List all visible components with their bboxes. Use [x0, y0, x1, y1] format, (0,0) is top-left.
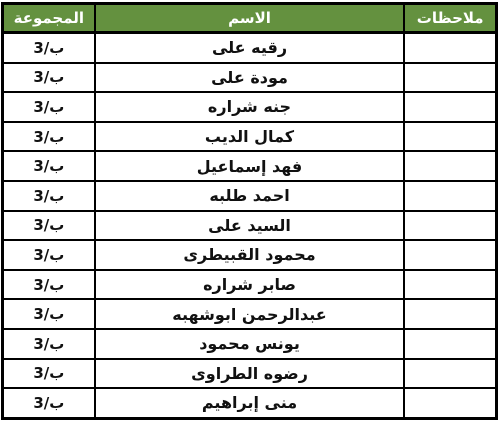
table-row: محمود القبيطرى ب/3 [3, 240, 497, 270]
notes-cell [404, 388, 496, 418]
notes-cell [404, 329, 496, 359]
name-cell: فهد إسماعيل [95, 151, 405, 181]
name-cell: محمود القبيطرى [95, 240, 405, 270]
students-table: ملاحظات الاسم المجموعة رقيه على ب/3 مودة… [1, 2, 498, 420]
table-row: منى إبراهيم ب/3 [3, 388, 497, 418]
column-header-name: الاسم [95, 4, 405, 33]
name-cell: صابر شراره [95, 270, 405, 300]
table-row: السيد على ب/3 [3, 211, 497, 241]
group-cell: ب/3 [3, 211, 95, 241]
table-row: صابر شراره ب/3 [3, 270, 497, 300]
table-row: يونس محمود ب/3 [3, 329, 497, 359]
name-cell: كمال الديب [95, 122, 405, 152]
group-cell: ب/3 [3, 240, 95, 270]
notes-cell [404, 33, 496, 63]
name-cell: احمد طلبه [95, 181, 405, 211]
table-header-row: ملاحظات الاسم المجموعة [3, 4, 497, 33]
column-header-group: المجموعة [3, 4, 95, 33]
notes-cell [404, 270, 496, 300]
notes-cell [404, 299, 496, 329]
name-cell: السيد على [95, 211, 405, 241]
name-cell: منى إبراهيم [95, 388, 405, 418]
table-row: مودة على ب/3 [3, 63, 497, 93]
table-row: عبدالرحمن ابوشهبه ب/3 [3, 299, 497, 329]
name-cell: عبدالرحمن ابوشهبه [95, 299, 405, 329]
table-row: رضوه الطراوى ب/3 [3, 359, 497, 389]
column-header-notes: ملاحظات [404, 4, 496, 33]
table-row: فهد إسماعيل ب/3 [3, 151, 497, 181]
notes-cell [404, 240, 496, 270]
notes-cell [404, 92, 496, 122]
group-cell: ب/3 [3, 151, 95, 181]
notes-cell [404, 359, 496, 389]
table-row: احمد طلبه ب/3 [3, 181, 497, 211]
group-cell: ب/3 [3, 181, 95, 211]
group-cell: ب/3 [3, 92, 95, 122]
name-cell: يونس محمود [95, 329, 405, 359]
notes-cell [404, 122, 496, 152]
group-cell: ب/3 [3, 270, 95, 300]
table-row: كمال الديب ب/3 [3, 122, 497, 152]
table-body: رقيه على ب/3 مودة على ب/3 جنه شراره ب/3 … [3, 33, 497, 419]
group-cell: ب/3 [3, 63, 95, 93]
name-cell: رقيه على [95, 33, 405, 63]
group-cell: ب/3 [3, 122, 95, 152]
notes-cell [404, 211, 496, 241]
group-cell: ب/3 [3, 359, 95, 389]
notes-cell [404, 63, 496, 93]
name-cell: رضوه الطراوى [95, 359, 405, 389]
group-cell: ب/3 [3, 33, 95, 63]
group-cell: ب/3 [3, 388, 95, 418]
notes-cell [404, 181, 496, 211]
group-cell: ب/3 [3, 299, 95, 329]
table-row: جنه شراره ب/3 [3, 92, 497, 122]
name-cell: مودة على [95, 63, 405, 93]
notes-cell [404, 151, 496, 181]
table-row: رقيه على ب/3 [3, 33, 497, 63]
name-cell: جنه شراره [95, 92, 405, 122]
group-cell: ب/3 [3, 329, 95, 359]
